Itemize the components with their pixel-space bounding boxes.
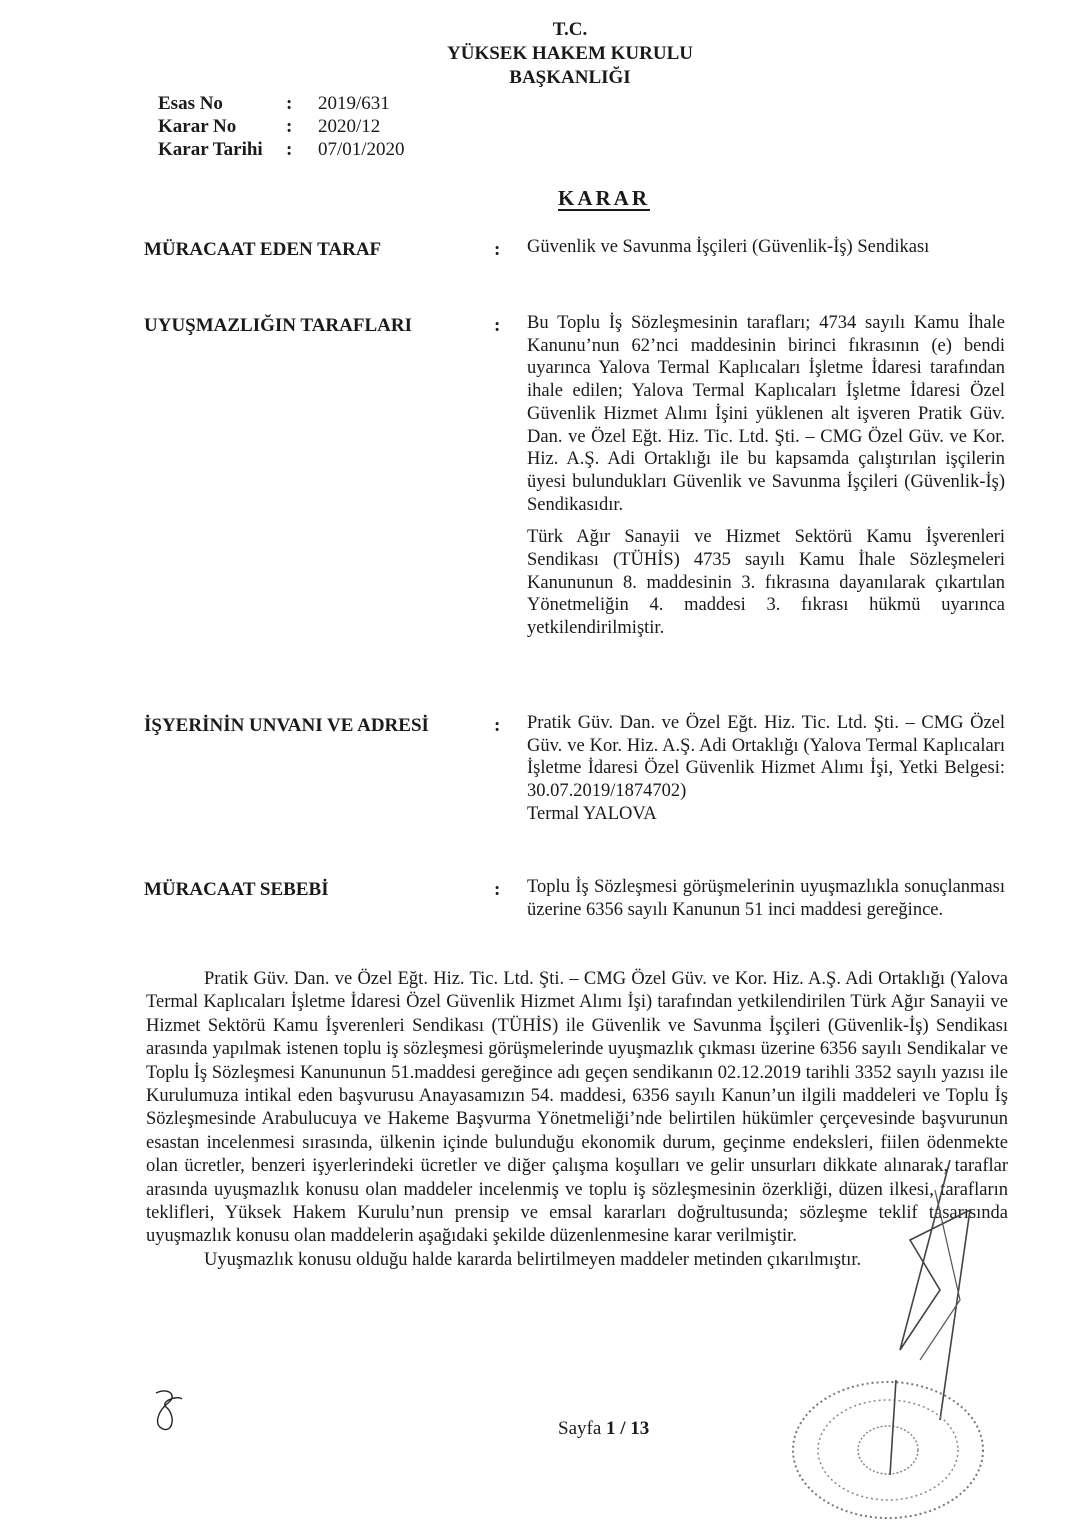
section-body: Bu Toplu İş Sözleşmesinin tarafları; 473… bbox=[527, 312, 1005, 650]
page-total: 13 bbox=[630, 1418, 649, 1439]
header-presidency: BAŞKANLIĞI bbox=[420, 66, 720, 90]
meta-row-karar-no: Karar No : 2020/12 bbox=[158, 115, 405, 138]
page-footer: Sayfa 1 / 13 bbox=[558, 1418, 649, 1440]
section-body: Toplu İş Sözleşmesi görüşmelerinin uyuşm… bbox=[527, 876, 1005, 931]
document-page: T.C. YÜKSEK HAKEM KURULU BAŞKANLIĞI Esas… bbox=[0, 0, 1080, 1527]
section-label: UYUŞMAZLIĞIN TARAFLARI bbox=[144, 312, 494, 650]
document-header: T.C. YÜKSEK HAKEM KURULU BAŞKANLIĞI bbox=[420, 18, 720, 90]
meta-colon: : bbox=[286, 138, 318, 161]
section-muracaat-sebebi: MÜRACAAT SEBEBİ : Toplu İş Sözleşmesi gö… bbox=[144, 876, 1010, 931]
document-title: KARAR bbox=[558, 186, 650, 211]
section-paragraph: Bu Toplu İş Sözleşmesinin tarafları; 473… bbox=[527, 312, 1005, 516]
section-text: Toplu İş Sözleşmesi görüşmelerinin uyuşm… bbox=[527, 876, 1005, 921]
meta-row-esas: Esas No : 2019/631 bbox=[158, 92, 405, 115]
meta-row-karar-tarihi: Karar Tarihi : 07/01/2020 bbox=[158, 138, 405, 161]
section-isyeri-unvani: İŞYERİNİN UNVANI VE ADRESİ : Pratik Güv.… bbox=[144, 712, 1010, 836]
meta-label: Karar No bbox=[158, 115, 286, 138]
section-label: İŞYERİNİN UNVANI VE ADRESİ bbox=[144, 712, 494, 836]
section-label: MÜRACAAT EDEN TARAF bbox=[144, 236, 494, 269]
meta-value: 2019/631 bbox=[318, 92, 390, 115]
meta-value: 2020/12 bbox=[318, 115, 380, 138]
page-separator: / bbox=[620, 1418, 625, 1439]
section-text: Pratik Güv. Dan. ve Özel Eğt. Hiz. Tic. … bbox=[527, 712, 1005, 803]
meta-label: Karar Tarihi bbox=[158, 138, 286, 161]
section-colon: : bbox=[494, 236, 527, 269]
official-seal-stamp-icon bbox=[778, 1380, 993, 1520]
section-body: Pratik Güv. Dan. ve Özel Eğt. Hiz. Tic. … bbox=[527, 712, 1005, 836]
decision-body: Pratik Güv. Dan. ve Özel Eğt. Hiz. Tic. … bbox=[146, 968, 1008, 1272]
section-address: Termal YALOVA bbox=[527, 803, 1005, 826]
meta-value: 07/01/2020 bbox=[318, 138, 405, 161]
page-current: 1 bbox=[606, 1418, 616, 1439]
section-text: Güvenlik ve Savunma İşçileri (Güvenlik-İ… bbox=[527, 236, 1005, 259]
header-tc: T.C. bbox=[420, 18, 720, 42]
section-colon: : bbox=[494, 712, 527, 836]
section-colon: : bbox=[494, 876, 527, 931]
meta-label: Esas No bbox=[158, 92, 286, 115]
section-colon: : bbox=[494, 312, 527, 650]
initials-signature-icon bbox=[148, 1385, 188, 1435]
section-uyusmazlik-taraflari: UYUŞMAZLIĞIN TARAFLARI : Bu Toplu İş Söz… bbox=[144, 312, 1010, 650]
section-muracaat-eden: MÜRACAAT EDEN TARAF : Güvenlik ve Savunm… bbox=[144, 236, 1010, 269]
body-paragraph: Uyuşmazlık konusu olduğu halde kararda b… bbox=[146, 1249, 1008, 1272]
section-body: Güvenlik ve Savunma İşçileri (Güvenlik-İ… bbox=[527, 236, 1005, 269]
page-label: Sayfa bbox=[558, 1418, 601, 1439]
body-paragraph: Pratik Güv. Dan. ve Özel Eğt. Hiz. Tic. … bbox=[146, 968, 1008, 1249]
case-meta: Esas No : 2019/631 Karar No : 2020/12 Ka… bbox=[158, 92, 405, 161]
meta-colon: : bbox=[286, 115, 318, 138]
meta-colon: : bbox=[286, 92, 318, 115]
section-paragraph: Türk Ağır Sanayii ve Hizmet Sektörü Kamu… bbox=[527, 526, 1005, 640]
header-institution: YÜKSEK HAKEM KURULU bbox=[420, 42, 720, 66]
section-label: MÜRACAAT SEBEBİ bbox=[144, 876, 494, 931]
